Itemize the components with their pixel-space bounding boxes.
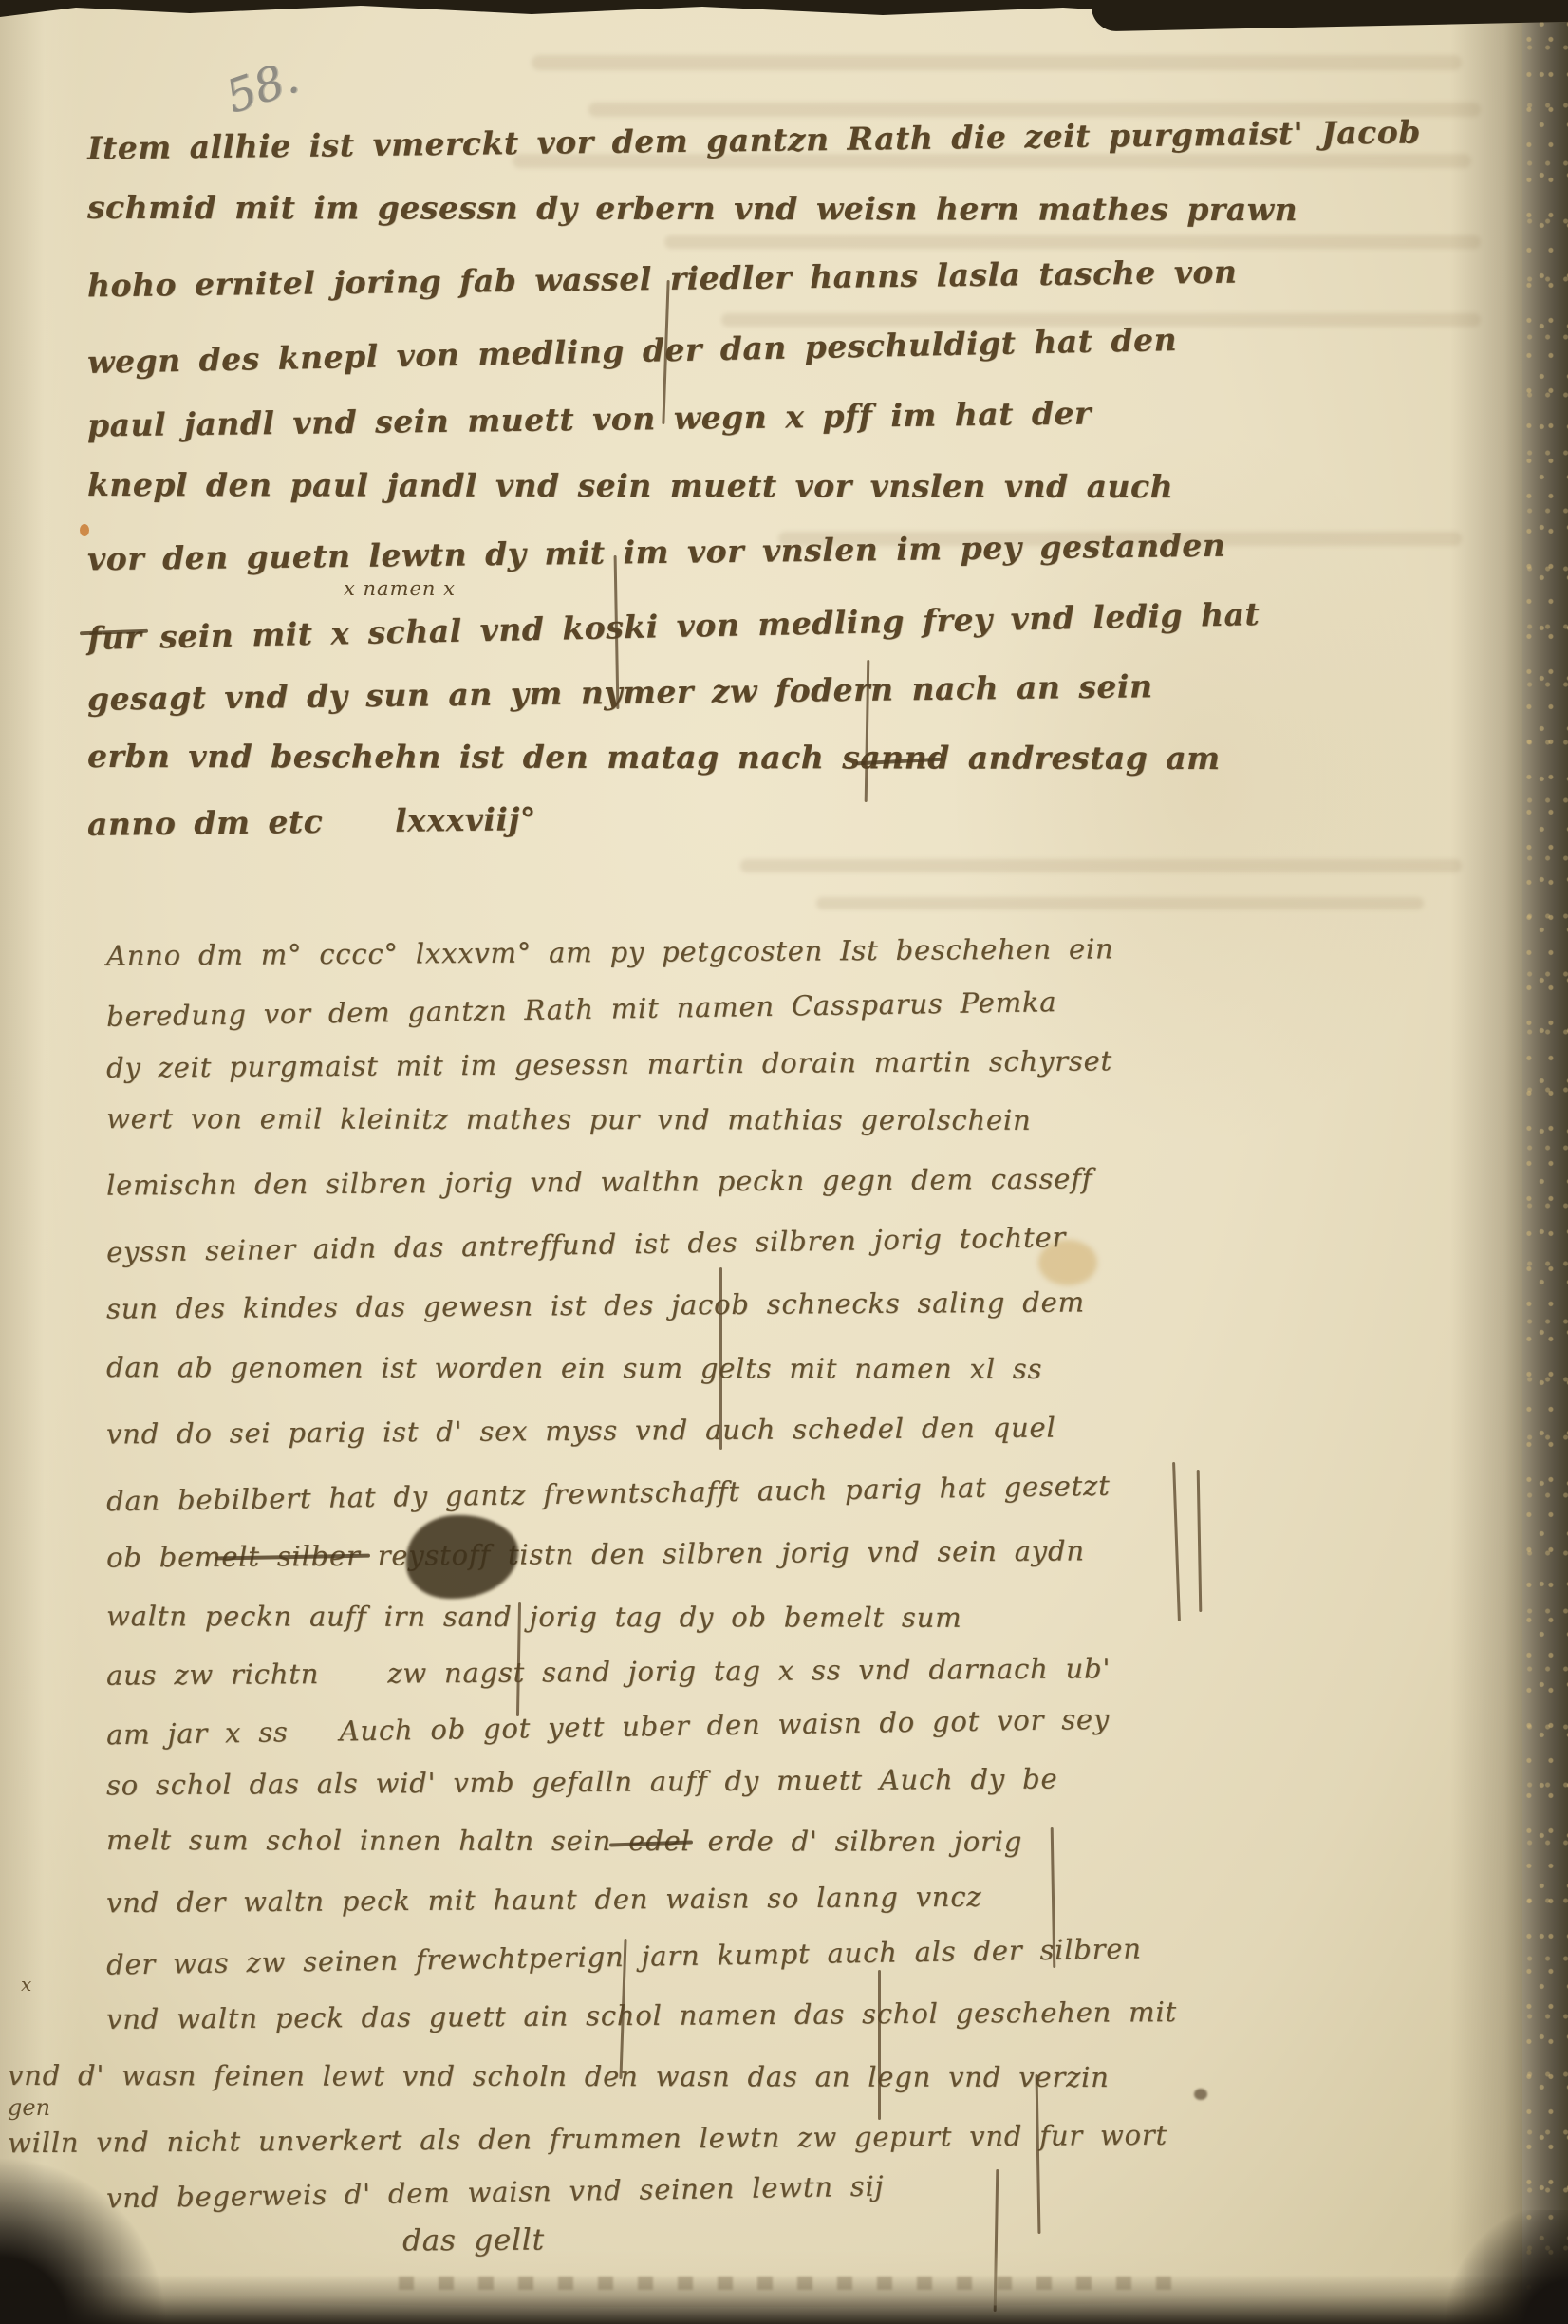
manuscript-line: erbn vnd beschehn ist den matag nach san… — [87, 738, 1221, 777]
book-fore-edge — [1522, 0, 1568, 2324]
manuscript-line: anno dm etc lxxxviij° — [87, 800, 536, 843]
manuscript-line: wert von emil kleinitz mathes pur vnd ma… — [106, 1102, 1032, 1136]
worn-left-edge — [0, 0, 81, 2324]
manuscript-line: dan ab genomen ist worden ein sum gelts … — [106, 1351, 1042, 1385]
manuscript-line: lemischn den silbren jorig vnd walthn pe… — [106, 1162, 1092, 1201]
manuscript-line: vnd do sei parig ist d' sex myss vnd auc… — [106, 1412, 1056, 1451]
stain — [1194, 2089, 1207, 2100]
manuscript-line: knepl den paul jandl vnd sein muett vor … — [87, 466, 1173, 505]
manuscript-scan: 58. Item allhie ist vmerckt vor dem gant… — [0, 0, 1568, 2324]
manuscript-line: vnd d' wasn feinen lewt vnd scholn den w… — [8, 2059, 1110, 2093]
corner-shadow-bottom-left — [0, 2134, 247, 2324]
manuscript-line: waltn peckn auff irn sand jorig tag dy o… — [106, 1600, 961, 1634]
manuscript-line: vnd der waltn peck mit haunt den waisn s… — [106, 1881, 982, 1919]
manuscript-line: so schol das als wid' vmb gefalln auff d… — [106, 1763, 1058, 1802]
manuscript-line: sun des kindes das gewesn ist des jacob … — [106, 1285, 1085, 1324]
margin-note-cross: x — [21, 1973, 31, 1996]
bleedthrough-mark — [532, 55, 1462, 70]
interlinear-insertion-note: x namen x — [344, 577, 456, 600]
manuscript-line: melt sum schol innen haltn sein edel erd… — [106, 1824, 1022, 1858]
corner-shadow-bottom-right — [1359, 2210, 1568, 2324]
margin-note-gen: gen — [8, 2094, 50, 2121]
manuscript-line: ob bemelt silber reystoff tistn den silb… — [106, 1534, 1085, 1573]
manuscript-line: schmid mit im gesessn dy erbern vnd weis… — [87, 189, 1297, 228]
fore-edge-shadow — [1450, 0, 1522, 2324]
stain — [80, 524, 89, 536]
ink-stroke — [878, 1970, 881, 2120]
bleedthrough-mark — [664, 235, 1481, 249]
ink-stroke — [719, 1267, 722, 1450]
